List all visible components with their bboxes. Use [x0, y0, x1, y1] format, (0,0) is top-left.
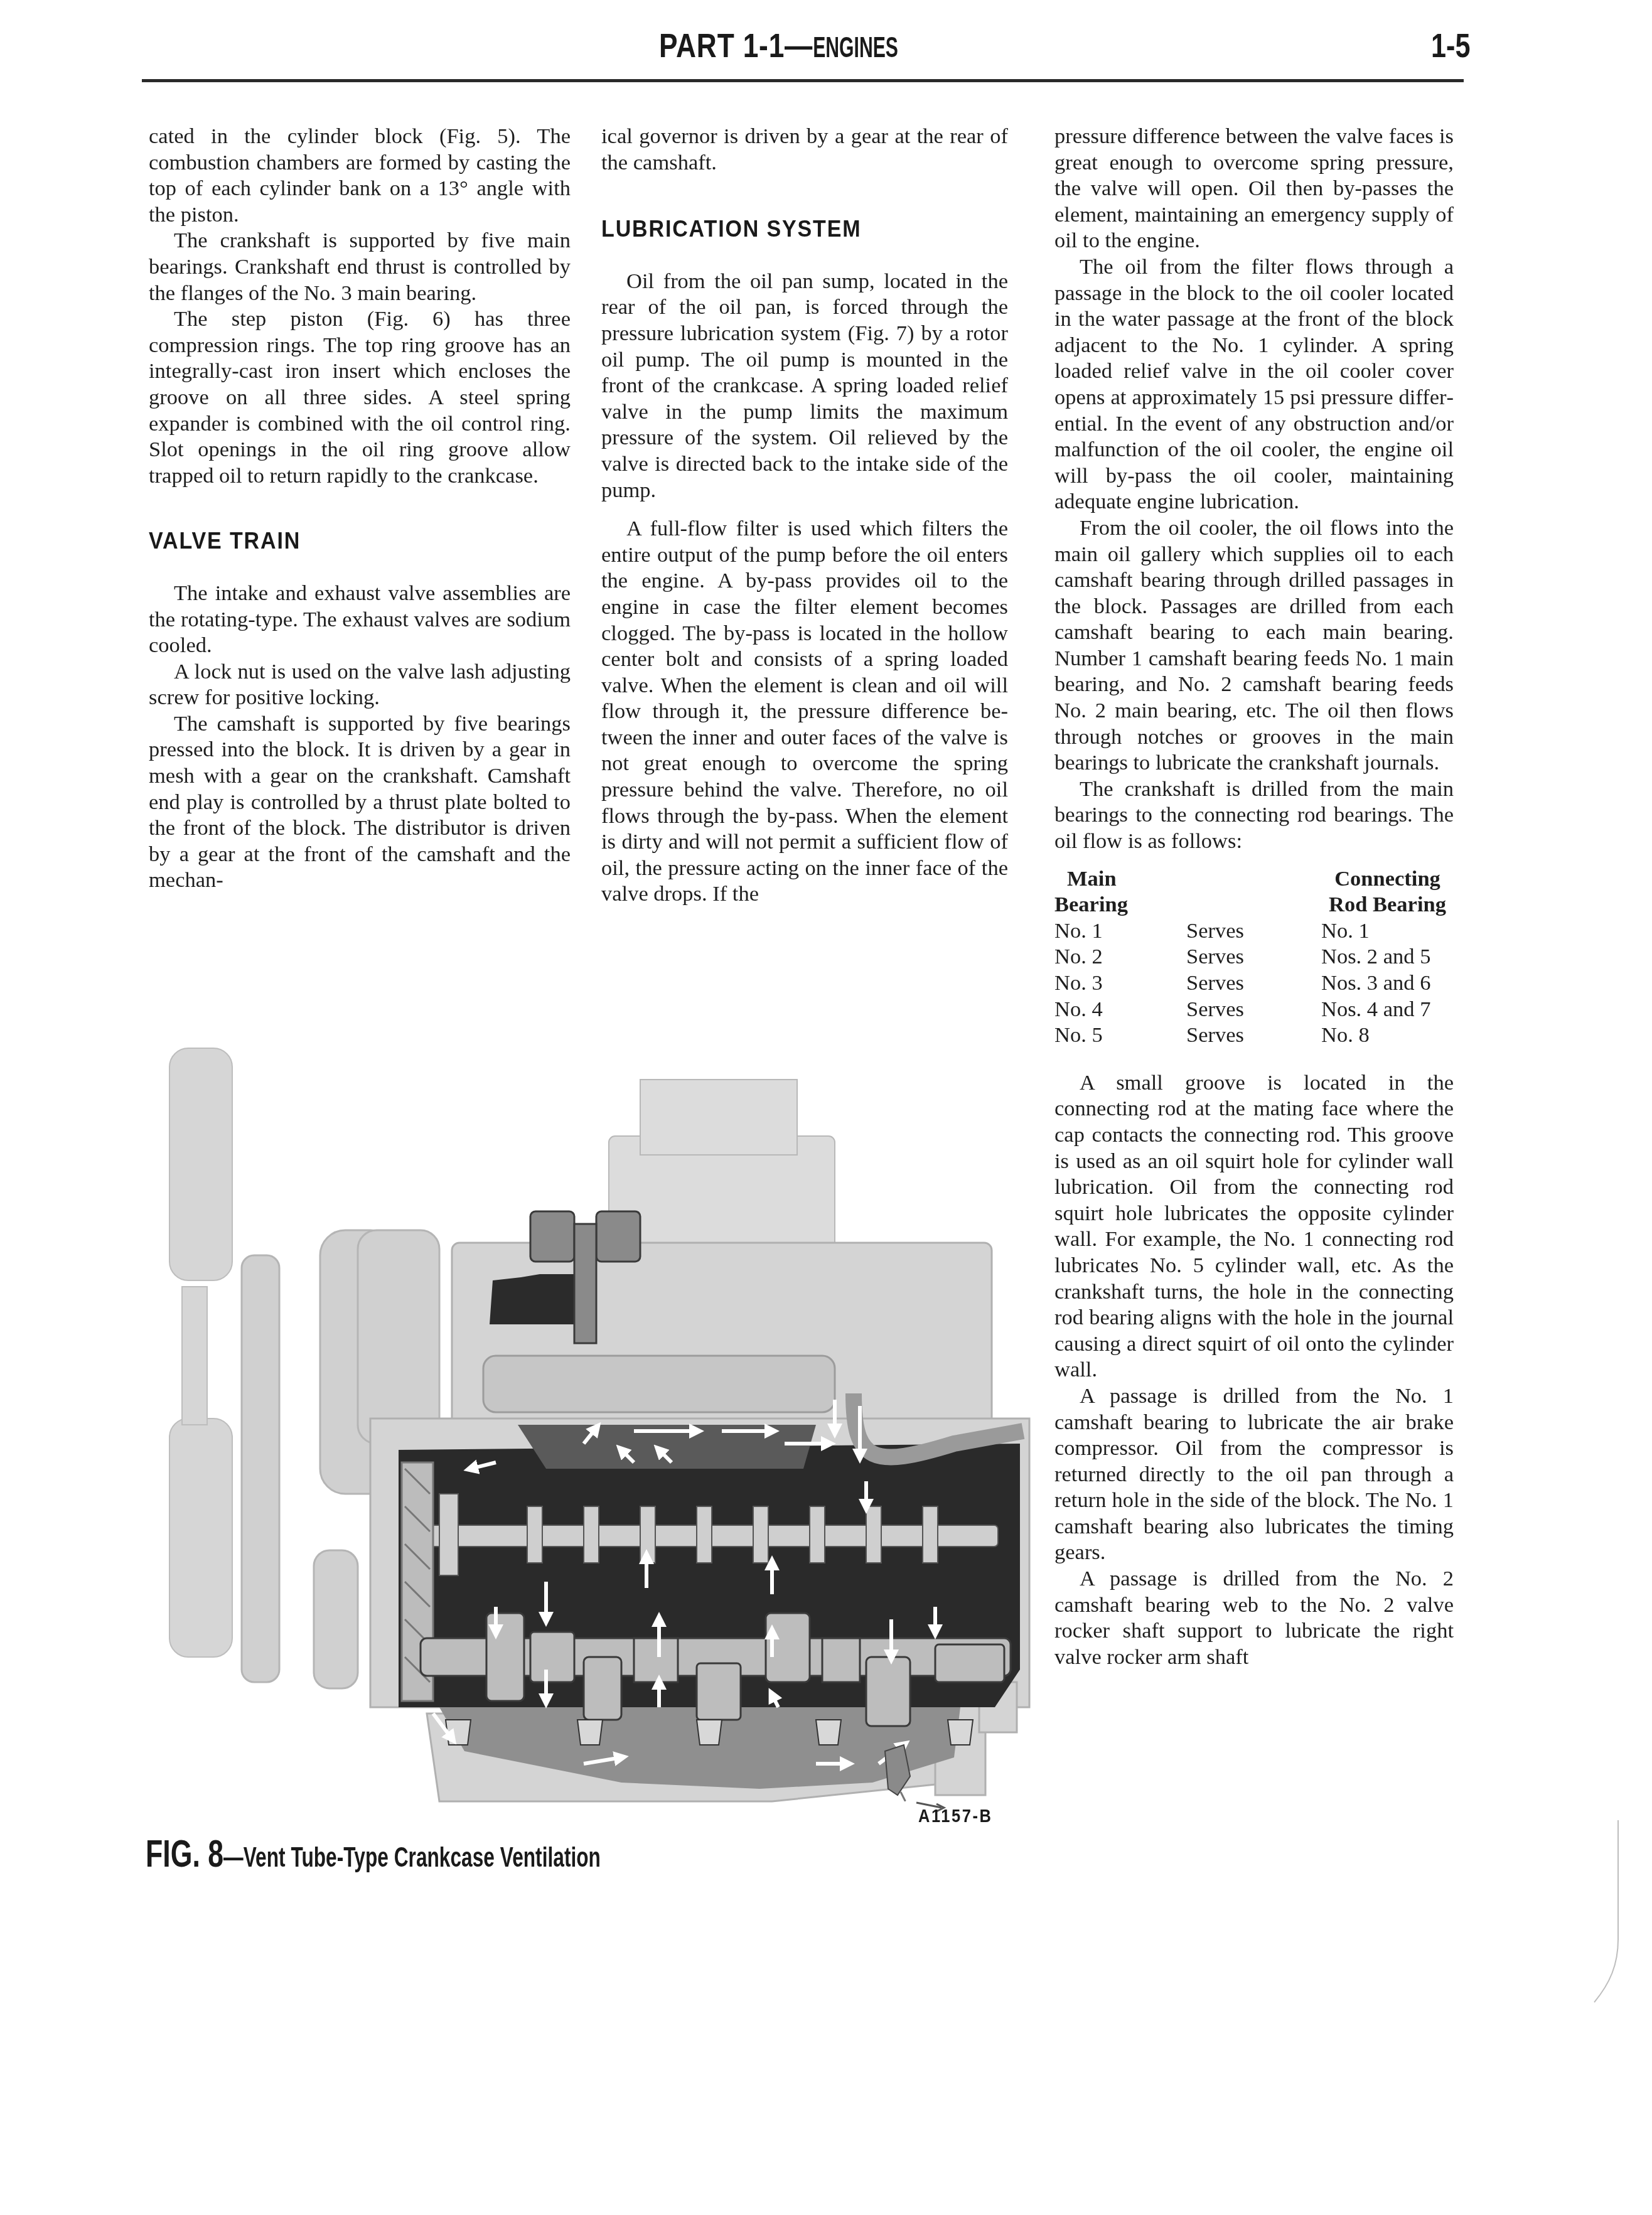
header-spacer	[1186, 866, 1321, 893]
figure-number: FIG. 8	[146, 1832, 223, 1875]
engine-cutaway-illustration	[144, 1029, 1042, 1814]
header-rod-bearing: Connecting	[1321, 866, 1454, 893]
rod-bearing-cell: Nos. 3 and 6	[1321, 970, 1454, 997]
main-bearing-cell: No. 4	[1054, 997, 1186, 1023]
oil-flow-table: Main Connecting Bearing Rod Bearing No. …	[1054, 866, 1454, 1049]
figure-id-label: A1157-B	[918, 1806, 992, 1827]
table-row: No. 1 Serves No. 1	[1054, 918, 1454, 945]
section-label: ENGINES	[813, 30, 898, 64]
paragraph: A lock nut is used on the valve lash adj…	[149, 659, 571, 711]
paragraph: The camshaft is supported by five bearin…	[149, 711, 571, 894]
serves-cell: Serves	[1186, 970, 1321, 997]
main-bearing-cell: No. 1	[1054, 918, 1186, 945]
section-heading-valve-train: VALVE TRAIN	[149, 528, 537, 554]
figure-title: —Vent Tube-Type Crankcase Ventilation	[223, 1842, 601, 1873]
header-spacer	[1186, 892, 1321, 918]
running-header: PART 1-1—ENGINES	[659, 26, 920, 65]
table-header-row: Bearing Rod Bearing	[1054, 892, 1454, 918]
header-main-bearing: Main	[1054, 866, 1186, 893]
table-row: No. 2 Serves Nos. 2 and 5	[1054, 944, 1454, 970]
main-bearing-cell: No. 3	[1054, 970, 1186, 997]
header-main-bearing-line2: Bearing	[1054, 892, 1186, 918]
column-3: pressure difference between the valve fa…	[1054, 124, 1454, 1670]
header-main-line1: Main	[1067, 867, 1117, 891]
serves-cell: Serves	[1186, 918, 1321, 945]
paragraph: The crankshaft is supported by five main…	[149, 228, 571, 306]
header-rod-line1: Connecting	[1334, 867, 1440, 891]
header-dash: —	[785, 27, 813, 65]
figure-caption: FIG. 8—Vent Tube-Type Crankcase Ventilat…	[146, 1832, 601, 1876]
table-row: No. 5 Serves No. 8	[1054, 1022, 1454, 1049]
column-2: ical governor is driven by a gear at the…	[601, 124, 1008, 908]
part-label: PART 1-1	[659, 27, 785, 65]
paragraph: A passage is drilled from the No. 1 cams…	[1054, 1383, 1454, 1566]
rod-bearing-cell: No. 8	[1321, 1022, 1454, 1049]
paragraph: The crankshaft is drilled from the main …	[1054, 776, 1454, 855]
fan-blade-icon	[169, 1048, 232, 1657]
paragraph: cated in the cylinder block (Fig. 5). Th…	[149, 124, 571, 228]
section-heading-lubrication-system: LUBRICATION SYSTEM	[601, 216, 975, 242]
manual-page: PART 1-1—ENGINES 1-5 cated in the cylind…	[0, 0, 1652, 2215]
rod-bearing-cell: No. 1	[1321, 918, 1454, 945]
main-bearing-cell: No. 2	[1054, 944, 1186, 970]
header-rule	[142, 79, 1464, 82]
serves-cell: Serves	[1186, 1022, 1321, 1049]
page-number: 1-5	[1431, 26, 1470, 65]
paragraph: A small groove is located in the connect…	[1054, 1070, 1454, 1383]
engine-cutaway-figure	[144, 1029, 1042, 1814]
paragraph: The intake and exhaust valve as­semblies…	[149, 581, 571, 659]
serves-cell: Serves	[1186, 997, 1321, 1023]
paragraph: From the oil cooler, the oil flows into …	[1054, 515, 1454, 776]
paragraph: pressure difference between the valve fa…	[1054, 124, 1454, 254]
paragraph: A passage is drilled from the No. 2 cams…	[1054, 1566, 1454, 1670]
header-rod-bearing-line2: Rod Bearing	[1321, 892, 1454, 918]
serves-cell: Serves	[1186, 944, 1321, 970]
table-row: No. 3 Serves Nos. 3 and 6	[1054, 970, 1454, 997]
table-row: No. 4 Serves Nos. 4 and 7	[1054, 997, 1454, 1023]
paragraph: Oil from the oil pan sump, located in th…	[601, 269, 1008, 503]
column-1: cated in the cylinder block (Fig. 5). Th…	[149, 124, 571, 894]
paragraph: The step piston (Fig. 6) has three compr…	[149, 306, 571, 489]
page-edge-curve	[1569, 1820, 1626, 2009]
main-bearing-cell: No. 5	[1054, 1022, 1186, 1049]
paragraph: The oil from the filter flows through a …	[1054, 254, 1454, 515]
paragraph: ical governor is driven by a gear at the…	[601, 124, 1008, 176]
table-header-row: Main Connecting	[1054, 866, 1454, 893]
paragraph: A full-flow filter is used which fil­ter…	[601, 516, 1008, 908]
rod-bearing-cell: Nos. 4 and 7	[1321, 997, 1454, 1023]
rod-bearing-cell: Nos. 2 and 5	[1321, 944, 1454, 970]
